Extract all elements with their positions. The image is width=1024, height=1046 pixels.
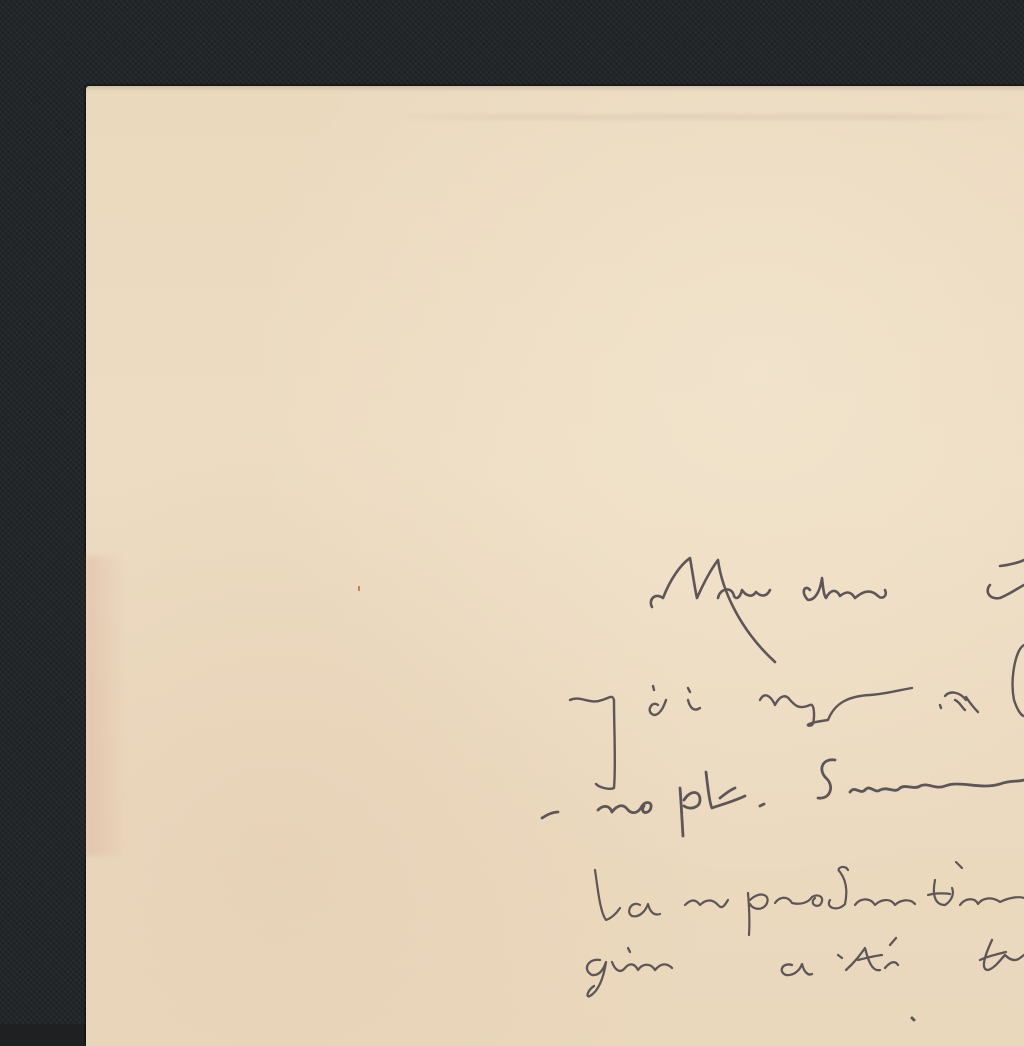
handwriting-line-4 <box>595 862 1024 935</box>
handwriting-line-5 <box>587 938 1024 996</box>
ink-dot <box>912 1018 914 1020</box>
handwriting-line-1 <box>651 558 1024 662</box>
handwriting-strokes <box>0 0 1024 1024</box>
handwriting-line-2 <box>570 645 1024 789</box>
